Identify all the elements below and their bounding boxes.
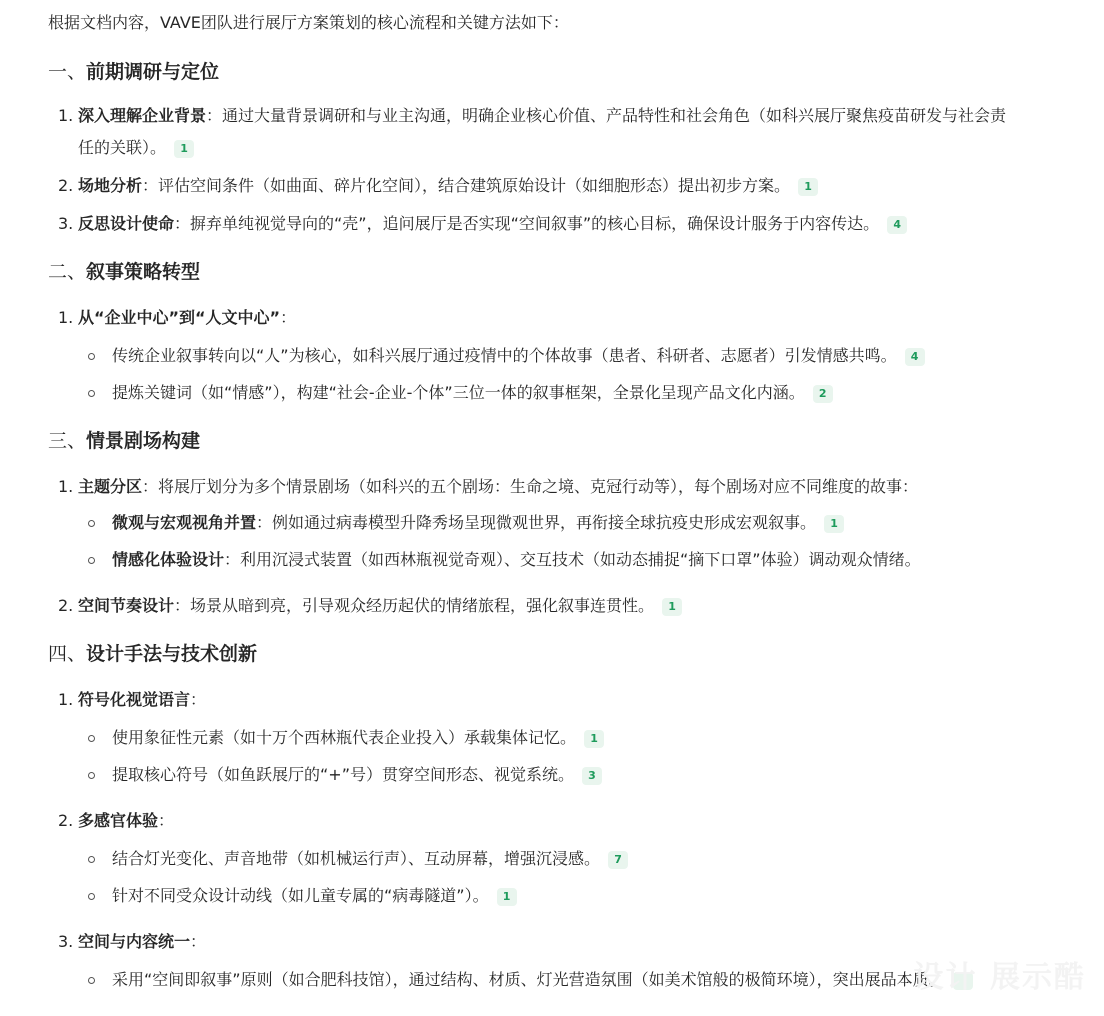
item-text: ：: [280, 308, 296, 327]
sub-item-text: 使用象征性元素（如十万个西林瓶代表企业投入）承载集体记忆。: [112, 728, 576, 747]
section-1-list: 1. 深入理解企业背景：通过大量背景调研和与业主沟通，明确企业核心价值、产品特性…: [48, 100, 1018, 240]
item-text: ：摒弃单纯视觉导向的“壳”，追问展厅是否实现“空间叙事”的核心目标，确保设计服务…: [174, 214, 879, 233]
citation-badge[interactable]: 1: [584, 730, 604, 748]
item-title: 场地分析: [78, 176, 142, 195]
item-text: ：将展厅划分为多个情景剧场（如科兴的五个剧场：生命之境、克冠行动等），每个剧场对…: [142, 477, 918, 496]
list-number: 3.: [58, 926, 73, 958]
heading-title: 叙事策略转型: [86, 261, 200, 283]
section-3-list: 1. 主题分区：将展厅划分为多个情景剧场（如科兴的五个剧场：生命之境、克冠行动等…: [48, 471, 1018, 622]
citation-badge[interactable]: 1: [798, 178, 818, 196]
heading-title: 前期调研与定位: [86, 61, 219, 83]
sub-list-item: 提炼关键词（如“情感”），构建“社会-企业-个体”三位一体的叙事框架，全景化呈现…: [78, 377, 1018, 409]
heading-prefix: 二、: [48, 261, 86, 283]
bullet-icon: [88, 353, 95, 360]
heading-prefix: 三、: [48, 430, 86, 452]
sub-list-item: 传统企业叙事转向以“人”为核心，如科兴展厅通过疫情中的个体故事（患者、科研者、志…: [78, 340, 1018, 372]
answer-content: 根据文档内容，VAVE团队进行展厅方案策划的核心流程和关键方法如下： 一、前期调…: [48, 10, 1018, 996]
sub-list-item: 情感化体验设计：利用沉浸式装置（如西林瓶视觉奇观）、交互技术（如动态捕捉“摘下口…: [78, 544, 1018, 576]
sub-item-text: ：利用沉浸式装置（如西林瓶视觉奇观）、交互技术（如动态捕捉“摘下口罩”体验）调动…: [224, 550, 921, 569]
item-text: ：: [190, 932, 206, 951]
bullet-icon: [88, 772, 95, 779]
sub-list-item: 微观与宏观视角并置：例如通过病毒模型升降秀场呈现微观世界，再衔接全球抗疫史形成宏…: [78, 507, 1018, 539]
item-title: 主题分区: [78, 477, 142, 496]
list-number: 2.: [58, 170, 73, 202]
citation-badge[interactable]: 1: [174, 140, 194, 158]
sub-list: 使用象征性元素（如十万个西林瓶代表企业投入）承载集体记忆。1 提取核心符号（如鱼…: [78, 722, 1018, 791]
item-title: 深入理解企业背景: [78, 106, 206, 125]
citation-badge[interactable]: 3: [582, 767, 602, 785]
citation-badge[interactable]: 1: [497, 888, 517, 906]
item-title: 反思设计使命: [78, 214, 174, 233]
sub-item-text: 针对不同受众设计动线（如儿童专属的“病毒隧道”）。: [112, 886, 489, 905]
item-text: ：场景从暗到亮，引导观众经历起伏的情绪旅程，强化叙事连贯性。: [174, 596, 654, 615]
section-heading-2: 二、叙事策略转型: [48, 258, 1018, 286]
item-text: ：: [190, 690, 206, 709]
sub-list-item: 采用“空间即叙事”原则（如合肥科技馆），通过结构、材质、灯光营造氛围（如美术馆般…: [78, 964, 1018, 996]
sub-item-title: 情感化体验设计: [112, 550, 224, 569]
bullet-icon: [88, 520, 95, 527]
list-item: 1. 从“企业中心”到“人文中心”： 传统企业叙事转向以“人”为核心，如科兴展厅…: [48, 302, 1018, 409]
heading-title: 情景剧场构建: [86, 430, 200, 452]
bullet-icon: [88, 856, 95, 863]
sub-list-item: 针对不同受众设计动线（如儿童专属的“病毒隧道”）。1: [78, 880, 1018, 912]
list-number: 1.: [58, 302, 73, 334]
sub-list: 微观与宏观视角并置：例如通过病毒模型升降秀场呈现微观世界，再衔接全球抗疫史形成宏…: [78, 507, 1018, 576]
heading-title: 设计手法与技术创新: [86, 643, 257, 665]
section-heading-3: 三、情景剧场构建: [48, 427, 1018, 455]
sub-list-item: 提取核心符号（如鱼跃展厅的“+”号）贯穿空间形态、视觉系统。3: [78, 759, 1018, 791]
item-title: 多感官体验: [78, 811, 158, 830]
item-text: ：通过大量背景调研和与业主沟通，明确企业核心价值、产品特性和社会角色（如科兴展厅…: [78, 106, 1006, 157]
list-item: 2. 多感官体验： 结合灯光变化、声音地带（如机械运行声）、互动屏幕，增强沉浸感…: [48, 805, 1018, 912]
citation-badge[interactable]: 1: [824, 515, 844, 533]
sub-list-item: 使用象征性元素（如十万个西林瓶代表企业投入）承载集体记忆。1: [78, 722, 1018, 754]
list-number: 3.: [58, 208, 73, 240]
citation-badge[interactable]: 2: [813, 385, 833, 403]
sub-item-text: 提取核心符号（如鱼跃展厅的“+”号）贯穿空间形态、视觉系统。: [112, 765, 574, 784]
list-item: 1. 符号化视觉语言： 使用象征性元素（如十万个西林瓶代表企业投入）承载集体记忆…: [48, 684, 1018, 791]
section-heading-1: 一、前期调研与定位: [48, 58, 1018, 86]
list-item: 2. 场地分析：评估空间条件（如曲面、碎片化空间），结合建筑原始设计（如细胞形态…: [48, 170, 1018, 202]
list-number: 1.: [58, 471, 73, 503]
citation-badge[interactable]: 4: [887, 216, 907, 234]
section-4-list: 1. 符号化视觉语言： 使用象征性元素（如十万个西林瓶代表企业投入）承载集体记忆…: [48, 684, 1018, 996]
list-item: 1. 主题分区：将展厅划分为多个情景剧场（如科兴的五个剧场：生命之境、克冠行动等…: [48, 471, 1018, 576]
sub-list: 传统企业叙事转向以“人”为核心，如科兴展厅通过疫情中的个体故事（患者、科研者、志…: [78, 340, 1018, 409]
list-number: 1.: [58, 100, 73, 132]
list-number: 2.: [58, 805, 73, 837]
list-number: 1.: [58, 684, 73, 716]
list-item: 2. 空间节奏设计：场景从暗到亮，引导观众经历起伏的情绪旅程，强化叙事连贯性。1: [48, 590, 1018, 622]
section-2-list: 1. 从“企业中心”到“人文中心”： 传统企业叙事转向以“人”为核心，如科兴展厅…: [48, 302, 1018, 409]
item-text: ：评估空间条件（如曲面、碎片化空间），结合建筑原始设计（如细胞形态）提出初步方案…: [142, 176, 790, 195]
item-title: 符号化视觉语言: [78, 690, 190, 709]
citation-badge[interactable]: 4: [905, 348, 925, 366]
bullet-icon: [88, 893, 95, 900]
sub-item-text: 传统企业叙事转向以“人”为核心，如科兴展厅通过疫情中的个体故事（患者、科研者、志…: [112, 346, 897, 365]
watermark: 设计 展示酷: [914, 952, 1086, 996]
intro-text: 根据文档内容，VAVE团队进行展厅方案策划的核心流程和关键方法如下：: [48, 10, 1018, 36]
list-number: 2.: [58, 590, 73, 622]
bullet-icon: [88, 557, 95, 564]
list-item: 3. 反思设计使命：摒弃单纯视觉导向的“壳”，追问展厅是否实现“空间叙事”的核心…: [48, 208, 1018, 240]
sub-list-item: 结合灯光变化、声音地带（如机械运行声）、互动屏幕，增强沉浸感。7: [78, 843, 1018, 875]
sub-item-title: 微观与宏观视角并置: [112, 513, 256, 532]
sub-list: 结合灯光变化、声音地带（如机械运行声）、互动屏幕，增强沉浸感。7 针对不同受众设…: [78, 843, 1018, 912]
item-title: 空间节奏设计: [78, 596, 174, 615]
sub-item-text: 采用“空间即叙事”原则（如合肥科技馆），通过结构、材质、灯光营造氛围（如美术馆般…: [112, 970, 945, 989]
sub-item-text: 提炼关键词（如“情感”），构建“社会-企业-个体”三位一体的叙事框架，全景化呈现…: [112, 383, 805, 402]
sub-list: 采用“空间即叙事”原则（如合肥科技馆），通过结构、材质、灯光营造氛围（如美术馆般…: [78, 964, 1018, 996]
sub-item-text: ：例如通过病毒模型升降秀场呈现微观世界，再衔接全球抗疫史形成宏观叙事。: [256, 513, 816, 532]
heading-prefix: 一、: [48, 61, 86, 83]
bullet-icon: [88, 735, 95, 742]
sub-item-text: 结合灯光变化、声音地带（如机械运行声）、互动屏幕，增强沉浸感。: [112, 849, 600, 868]
list-item: 3. 空间与内容统一： 采用“空间即叙事”原则（如合肥科技馆），通过结构、材质、…: [48, 926, 1018, 996]
bullet-icon: [88, 977, 95, 984]
item-title: 从“企业中心”到“人文中心”: [78, 308, 280, 327]
item-text: ：: [158, 811, 174, 830]
item-title: 空间与内容统一: [78, 932, 190, 951]
list-item: 1. 深入理解企业背景：通过大量背景调研和与业主沟通，明确企业核心价值、产品特性…: [48, 100, 1018, 164]
bullet-icon: [88, 390, 95, 397]
section-heading-4: 四、设计手法与技术创新: [48, 640, 1018, 668]
citation-badge[interactable]: 7: [608, 851, 628, 869]
citation-badge[interactable]: 1: [662, 598, 682, 616]
heading-prefix: 四、: [48, 643, 86, 665]
